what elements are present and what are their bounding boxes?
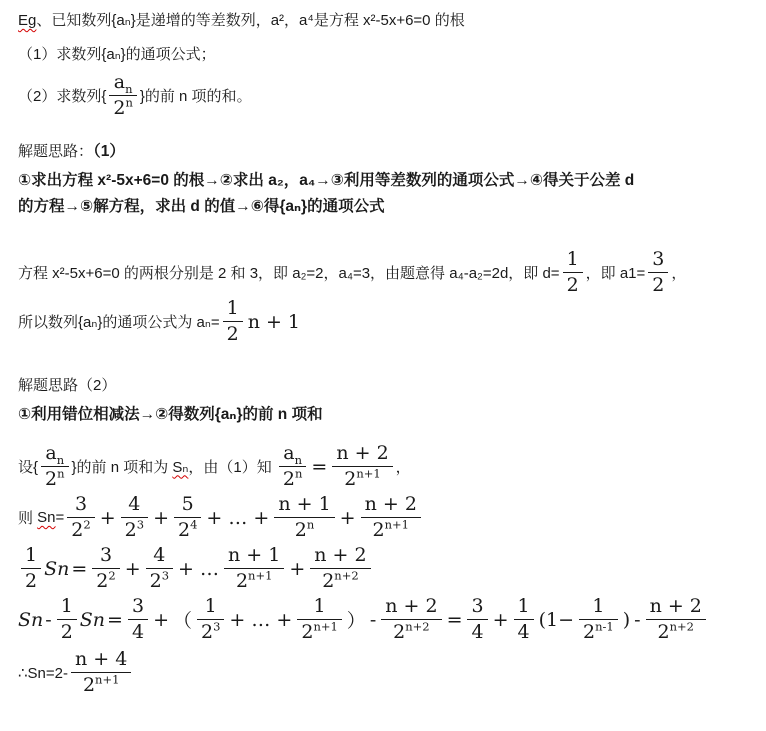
- equals-sign: =: [71, 558, 87, 580]
- sn-symbol-italic: Sn: [44, 558, 69, 580]
- solution1-working-text1: 方程 x²-5x+6=0 的两根分别是 2 和 3，即 a₂=2，a₄=3，由题…: [18, 262, 560, 283]
- sn-line-prefix: 则: [18, 507, 37, 528]
- half-sn-line: 12 Sn = 322 + 423 + … n + 12n+1 + n + 22…: [18, 545, 760, 592]
- fraction-3-over-4: 34: [467, 596, 487, 643]
- sn-sum-line: 则 Sn = 322 + 423 + 524 + … + n + 12n + n…: [18, 494, 760, 541]
- equals-sign: =: [311, 456, 327, 478]
- final-answer-line: ∴Sn=2- n + 42n+1: [18, 649, 760, 696]
- solution2-setup-line: 设{ an2n }的前 n 项和为 Sₙ ，由（1）知 an2n = n + 2…: [18, 443, 760, 490]
- fraction-1-over-2: 12: [223, 298, 243, 345]
- fraction-1-over-2n-1: 12n-1: [579, 596, 618, 643]
- close-paren: ): [623, 609, 630, 631]
- solution1-heading-text: 解题思路：: [18, 143, 93, 160]
- equals-sign: =: [56, 509, 65, 526]
- solution1-general-term-tail: n + 1: [248, 311, 300, 333]
- fraction-1-over-2: 12: [563, 249, 583, 296]
- question-2: （2）求数列{ an2n }的前 n 项的和。: [18, 72, 760, 119]
- fraction-1-over-2: 12: [57, 596, 77, 643]
- fraction-n2-over-2n1: n + 22n+1: [361, 494, 421, 541]
- minus-sign: -: [634, 609, 640, 631]
- fraction-n2-over-2n2: n + 22n+2: [646, 596, 706, 643]
- solution1-steps-line1: ①求出方程 x²-5x+6=0 的根→②求出 a₂，a₄→③利用等差数列的通项公…: [18, 169, 760, 193]
- plus-sign: +: [153, 609, 169, 631]
- setup-text4: ，: [396, 456, 411, 477]
- fraction-n2-over-2n1: n + 22n+1: [332, 443, 392, 490]
- fraction-1-over-2cu: 123: [197, 596, 224, 643]
- equals-sign: =: [107, 609, 123, 631]
- subtraction-line: Sn - 12 Sn = 34 + （ 123 + … + 12n+1 ） - …: [18, 596, 760, 643]
- plus-sign: +: [289, 558, 305, 580]
- problem-statement: Eg、已知数列{aₙ}是递增的等差数列，a²，a⁴是方程 x²-5x+6=0 的…: [18, 10, 760, 32]
- fraction-3-over-2: 32: [648, 249, 668, 296]
- fraction-3-over-4: 34: [128, 596, 148, 643]
- question-2-text-pre: （2）求数列{: [18, 85, 106, 106]
- sn-symbol-italic: Sn: [80, 609, 105, 631]
- plus-sign: +: [340, 507, 356, 529]
- solution2-heading: 解题思路（2）: [18, 375, 760, 397]
- open-paren-one-minus: (1−: [539, 609, 574, 631]
- document-page: Eg、已知数列{aₙ}是递增的等差数列，a²，a⁴是方程 x²-5x+6=0 的…: [0, 0, 766, 731]
- plus-sign: +: [100, 507, 116, 529]
- fraction-3-over-2sq: 322: [92, 545, 119, 592]
- minus-sign: -: [370, 609, 376, 631]
- question-2-text-post: }的前 n 项的和。: [140, 85, 252, 106]
- sn-symbol: Sₙ: [172, 458, 188, 476]
- solution1-heading: 解题思路：（1）: [18, 141, 760, 163]
- fraction-n2-over-2n2: n + 22n+2: [310, 545, 370, 592]
- fraction-1-over-2n1: 12n+1: [297, 596, 341, 643]
- fraction-n1-over-2n: n + 12n: [274, 494, 334, 541]
- fraction-3-over-2sq: 322: [67, 494, 94, 541]
- sn-symbol: Sn: [37, 509, 55, 526]
- fraction-n4-over-2n1: n + 42n+1: [71, 649, 131, 696]
- plus-sign: +: [493, 609, 509, 631]
- plus-sign: +: [125, 558, 141, 580]
- problem-text: 、已知数列{aₙ}是递增的等差数列，a²，a⁴是方程 x²-5x+6=0 的根: [36, 12, 464, 29]
- setup-text3: ，由（1）知: [188, 456, 276, 477]
- setup-text2: }的前 n 项和为: [72, 456, 173, 477]
- fraction-4-over-2cu: 423: [121, 494, 148, 541]
- fraction-4-over-2cu: 423: [146, 545, 173, 592]
- fraction-1-over-4: 14: [514, 596, 534, 643]
- ellipsis-plus: + … +: [206, 507, 269, 529]
- fraction-1-over-2: 12: [21, 545, 41, 592]
- solution1-heading-number: （1）: [93, 143, 125, 160]
- solution1-general-term: 所以数列{aₙ}的通项公式为 aₙ= 12 n + 1: [18, 298, 760, 345]
- plus-sign: +: [153, 507, 169, 529]
- fraction-n2-over-2n2: n + 22n+2: [381, 596, 441, 643]
- solution1-steps-line2: 的方程→⑤解方程，求出 d 的值→⑥得{aₙ}的通项公式: [18, 195, 760, 219]
- fraction-an-over-2n: an2n: [109, 72, 137, 119]
- ellipsis: + …: [178, 558, 219, 580]
- final-answer-text: ∴Sn=2-: [18, 664, 68, 682]
- fraction-an-over-2n: an2n: [279, 443, 307, 490]
- equals-sign: =: [447, 609, 463, 631]
- ellipsis-plus: + … +: [229, 609, 292, 631]
- solution1-working-text2: ，即 a1=: [586, 262, 646, 283]
- solution2-steps: ①利用错位相减法→②得数列{aₙ}的前 n 项和: [18, 403, 760, 427]
- open-paren: （: [173, 606, 192, 633]
- fraction-n1-over-2n1: n + 12n+1: [224, 545, 284, 592]
- sn-symbol-italic: Sn: [18, 609, 43, 631]
- solution1-working-text3: ，: [671, 262, 686, 283]
- eg-label: Eg: [18, 12, 36, 29]
- question-1: （1）求数列{aₙ}的通项公式；: [18, 44, 760, 66]
- setup-text1: 设{: [18, 456, 38, 477]
- solution1-general-term-text: 所以数列{aₙ}的通项公式为 aₙ=: [18, 311, 220, 332]
- solution1-working: 方程 x²-5x+6=0 的两根分别是 2 和 3，即 a₂=2，a₄=3，由题…: [18, 249, 760, 296]
- close-paren: ）: [347, 606, 366, 633]
- minus-sign: -: [45, 609, 51, 631]
- fraction-5-over-2p4: 524: [174, 494, 201, 541]
- fraction-an-over-2n: an2n: [41, 443, 69, 490]
